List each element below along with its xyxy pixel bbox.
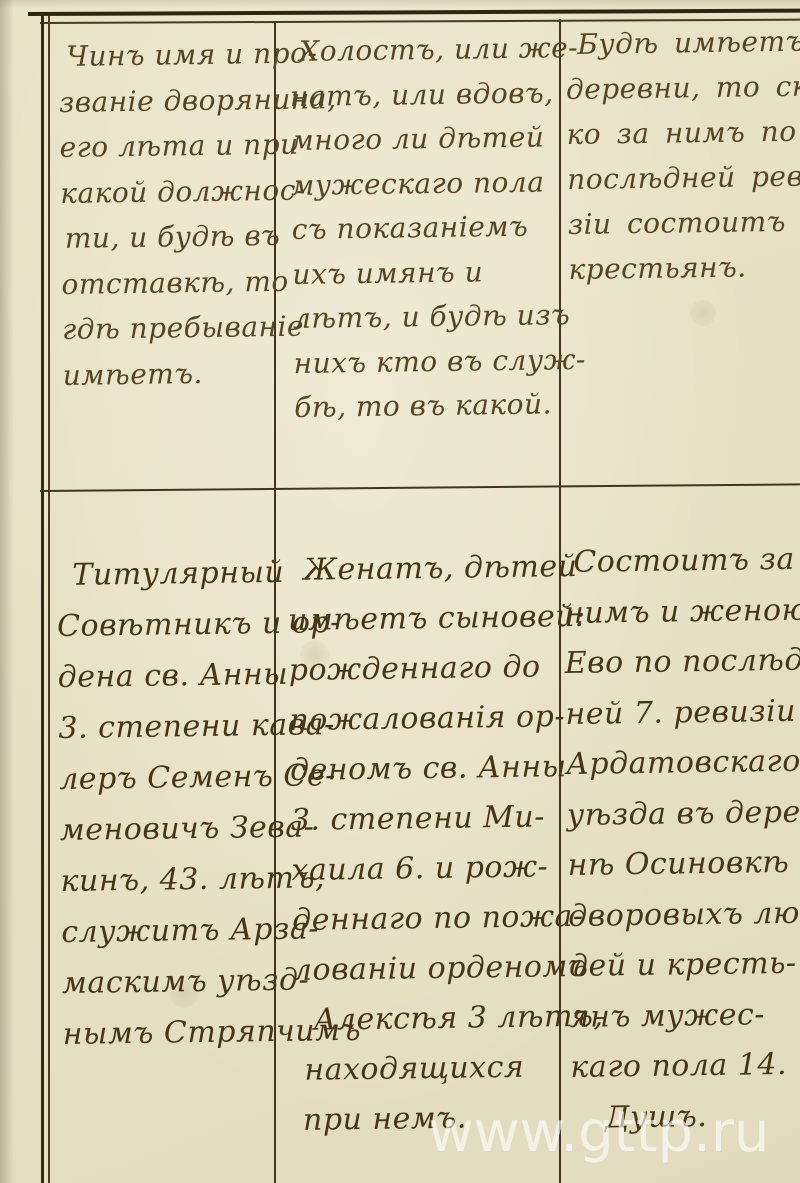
body-cell-villages-serfs: Состоитъ за нимъ и женою Ево по послѣд- … xyxy=(563,534,800,1144)
handwritten-line: съ показаніемъ xyxy=(291,204,584,253)
handwritten-line: крестьянъ. xyxy=(568,243,800,292)
handwritten-line: нѣ Осиновкѣ xyxy=(567,837,800,891)
handwritten-line: зіи состоитъ xyxy=(568,198,800,247)
handwritten-line: каго пола 14. xyxy=(570,1039,800,1093)
handwritten-line: ней 7. ревизіи xyxy=(565,686,800,740)
table-left-border-inner xyxy=(48,16,50,1183)
handwritten-line: деревни, то сколь- xyxy=(566,63,800,112)
handwritten-line: Алексѣя 3 лѣтъ, xyxy=(293,992,604,1046)
handwritten-line: лѣтъ, и будѣ изъ xyxy=(293,293,586,342)
handwritten-line: уѣзда въ дерев- xyxy=(567,787,800,841)
handwritten-line: рожденнаго до xyxy=(288,642,599,696)
handwritten-line: лованіи орденомъ xyxy=(293,942,604,996)
handwritten-line: нихъ кто въ служ- xyxy=(293,337,586,386)
handwritten-line: нимъ и женою xyxy=(564,585,800,639)
manuscript-scan-page: Чинъ имя и про- званіе дворянина, его лѣ… xyxy=(0,0,800,1183)
handwritten-line: пожалованія ор- xyxy=(289,692,600,746)
handwritten-line: деномъ св. Анны xyxy=(290,742,601,796)
handwritten-line: 3. степени Ми- xyxy=(290,792,601,846)
header-cell-villages-serfs: Будѣ имѣетъ деревни, то сколь- ко за ним… xyxy=(565,18,800,292)
header-row-divider xyxy=(40,483,800,492)
handwritten-line: послѣдней реви- xyxy=(567,153,800,202)
handwritten-line: бѣ, то въ какой. xyxy=(294,382,587,431)
site-watermark: www.gttp.ru xyxy=(428,1100,769,1165)
table-left-border-outer xyxy=(41,13,44,1183)
body-cell-marital-children: Женатъ, дѣтей имѣетъ сыновей: рожденнаго… xyxy=(287,542,605,1146)
handwritten-line: Будѣ имѣетъ xyxy=(565,18,800,67)
handwritten-line: Ево по послѣд- xyxy=(564,635,800,689)
handwritten-line: имѣетъ сыновей: xyxy=(288,592,599,646)
header-cell-marital-children: Холостъ, или же- натъ, или вдовъ, много … xyxy=(289,26,587,431)
handwritten-line: янъ мужес- xyxy=(569,989,800,1043)
paper-edge-shade xyxy=(0,0,14,1183)
handwritten-line: деннаго по пожа- xyxy=(292,892,603,946)
handwritten-line: много ли дѣтей xyxy=(290,115,583,164)
table-top-border-outer xyxy=(28,9,800,16)
paper-edge-shade xyxy=(0,0,800,8)
handwritten-line: Состоитъ за xyxy=(563,534,800,588)
handwritten-line: находящихся xyxy=(294,1042,605,1096)
handwritten-line: Холостъ, или же- xyxy=(289,26,582,75)
handwritten-line: хаила 6. и рож- xyxy=(291,842,602,896)
handwritten-line: ихъ имянъ и xyxy=(292,248,585,297)
handwritten-line: ко за нимъ по xyxy=(566,108,800,157)
handwritten-line: Женатъ, дѣтей xyxy=(287,542,598,596)
paper-speck xyxy=(690,300,716,326)
handwritten-line: Ардатовскаго xyxy=(566,736,800,790)
handwritten-line: натъ, или вдовъ, xyxy=(290,70,583,119)
handwritten-line: дворовыхъ лю- xyxy=(568,888,800,942)
handwritten-line: дей и кресть- xyxy=(569,938,800,992)
handwritten-line: мужескаго пола xyxy=(291,159,584,208)
